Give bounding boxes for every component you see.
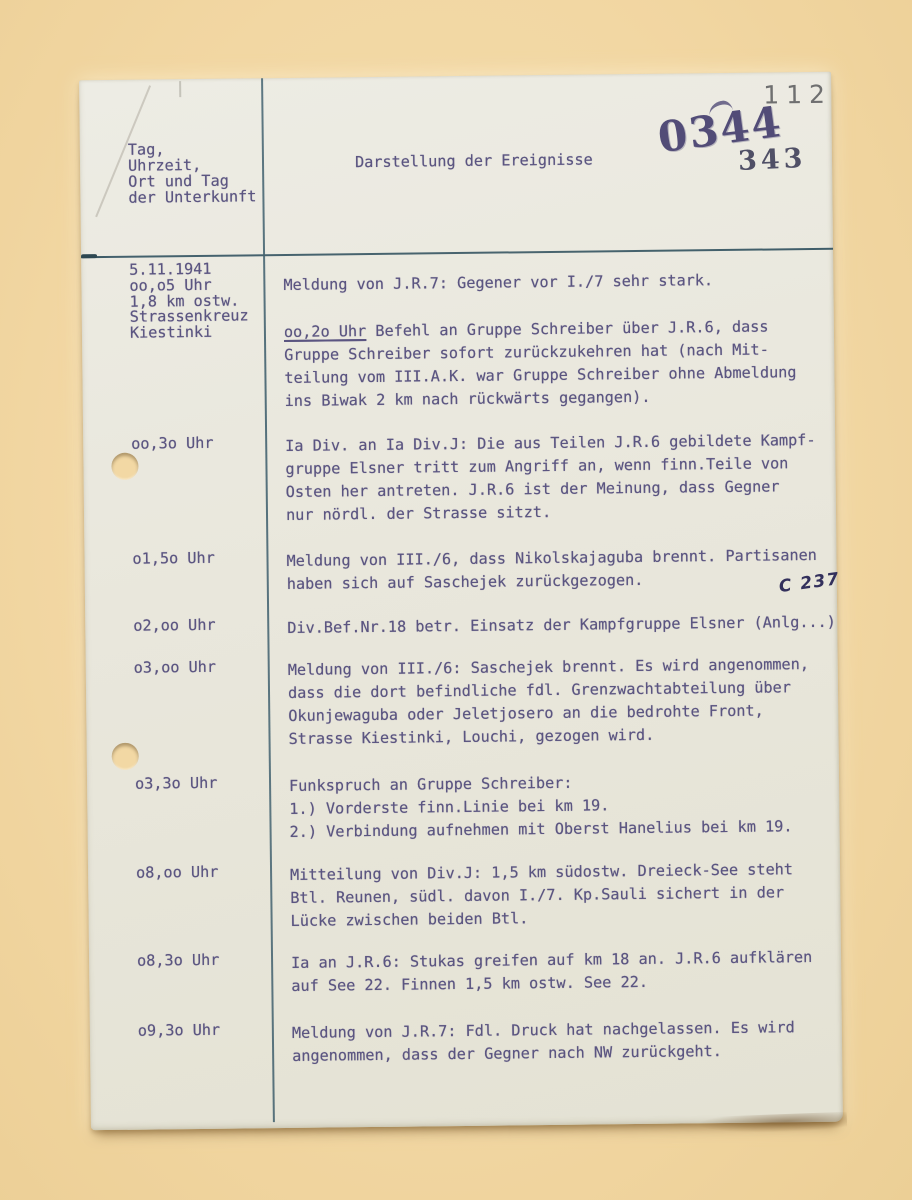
entry-text: Meldung von J.R.7: Gegener vor I./7 sehr…: [283, 267, 860, 413]
entry-text-line: Div.Bef.Nr.18 betr. Einsatz der Kampfgru…: [287, 610, 862, 640]
entry-text: Meldung von III./6: Saschejek brennt. Es…: [288, 652, 864, 751]
entry-time-line: o3,oo Uhr: [134, 660, 216, 677]
entry-time-lead: oo,2o Uhr: [284, 322, 366, 341]
entry-text: Meldung von J.R.7: Fdl. Druck hat nachge…: [292, 1015, 867, 1068]
entry-time-line: o9,3o Uhr: [138, 1023, 220, 1040]
entry-paragraph: Ia an J.R.6: Stukas greifen auf km 18 an…: [291, 945, 866, 998]
entry-row: o3,oo UhrMeldung von III./6: Saschejek b…: [86, 653, 838, 662]
entry-row: oo,3o UhrIa Div. an Ia Div.J: Die aus Te…: [83, 429, 835, 438]
page-number-stamp: 343: [737, 143, 807, 177]
entry-paragraph: Mitteilung von Div.J: 1,5 km südostw. Dr…: [290, 857, 866, 933]
entry-time-line: Kiestinki: [130, 325, 249, 342]
entry-text: Div.Bef.Nr.18 betr. Einsatz der Kampfgru…: [287, 610, 862, 640]
column-divider-line: [261, 78, 275, 1122]
entry-paragraph: Funkspruch an Gruppe Schreiber:1.) Vorde…: [289, 768, 865, 844]
entry-row: o2,oo UhrDiv.Bef.Nr.18 betr. Einsatz der…: [85, 611, 837, 620]
time-column-header: Tag, Uhrzeit, Ort und Tag der Unterkunft: [128, 140, 257, 205]
header-divider-ink-blob: [81, 254, 97, 258]
entry-paragraph: Meldung von J.R.7: Fdl. Druck hat nachge…: [292, 1015, 867, 1068]
entry-time: o8,3o Uhr: [137, 953, 219, 970]
entry-time: o3,oo Uhr: [134, 660, 216, 677]
entry-time: oo,3o Uhr: [131, 436, 213, 453]
entry-row: o1,5o UhrMeldung von III./6, dass Nikols…: [84, 544, 836, 553]
entry-time-line: oo,3o Uhr: [131, 436, 213, 453]
entry-row: o3,3o UhrFunkspruch an Gruppe Schreiber:…: [87, 769, 839, 778]
entry-paragraph: Meldung von III./6: Saschejek brennt. Es…: [288, 652, 864, 751]
entry-paragraph: oo,2o Uhr Befehl an Gruppe Schreiber übe…: [284, 314, 860, 413]
entry-text: Ia Div. an Ia Div.J: Die aus Teilen J.R.…: [285, 428, 861, 527]
entry-time: o8,oo Uhr: [136, 865, 218, 882]
entry-time: o3,3o Uhr: [135, 776, 217, 793]
entry-time: o9,3o Uhr: [138, 1023, 220, 1040]
entry-paragraph: Meldung von J.R.7: Gegener vor I./7 sehr…: [283, 267, 858, 297]
entry-paragraph: Div.Bef.Nr.18 betr. Einsatz der Kampfgru…: [287, 610, 862, 640]
entry-text: Mitteilung von Div.J: 1,5 km südostw. Dr…: [290, 857, 866, 933]
events-column-header: Darstellung der Ereignisse: [355, 150, 593, 171]
header-line: der Unterkunft: [128, 188, 256, 205]
entry-paragraph: Meldung von III./6, dass Nikolskajaguba …: [286, 543, 861, 596]
paper-crease-tick: [179, 81, 181, 97]
entry-paragraph: Ia Div. an Ia Div.J: Die aus Teilen J.R.…: [285, 428, 861, 527]
entry-text: Meldung von III./6, dass Nikolskajaguba …: [286, 543, 861, 596]
diary-page: Tag, Uhrzeit, Ort und Tag der Unterkunft…: [79, 72, 843, 1130]
entry-time: o2,oo Uhr: [133, 618, 215, 635]
entry-time-line: o8,3o Uhr: [137, 953, 219, 970]
entry-time: o1,5o Uhr: [132, 551, 214, 568]
entry-time: 5.11.1941oo,o5 Uhr1,8 km ostw.Strassenkr…: [129, 261, 249, 341]
entry-time-line: o2,oo Uhr: [133, 618, 215, 635]
entry-time-line: o1,5o Uhr: [132, 551, 214, 568]
entry-time-line: o8,oo Uhr: [136, 865, 218, 882]
entry-text: Funkspruch an Gruppe Schreiber:1.) Vorde…: [289, 768, 865, 844]
hole-punch-bottom: [112, 743, 139, 770]
entry-row: o9,3o UhrMeldung von J.R.7: Fdl. Druck h…: [90, 1016, 842, 1025]
header-divider-line: [81, 248, 833, 259]
entry-time-line: o3,3o Uhr: [135, 776, 217, 793]
entry-text-line: Meldung von J.R.7: Gegener vor I./7 sehr…: [283, 267, 858, 297]
hole-punch-top: [111, 453, 138, 480]
entry-row: o8,3o UhrIa an J.R.6: Stukas greifen auf…: [89, 946, 841, 955]
entry-row: o8,oo UhrMitteilung von Div.J: 1,5 km sü…: [88, 858, 840, 867]
entry-text: Ia an J.R.6: Stukas greifen auf km 18 an…: [291, 945, 866, 998]
